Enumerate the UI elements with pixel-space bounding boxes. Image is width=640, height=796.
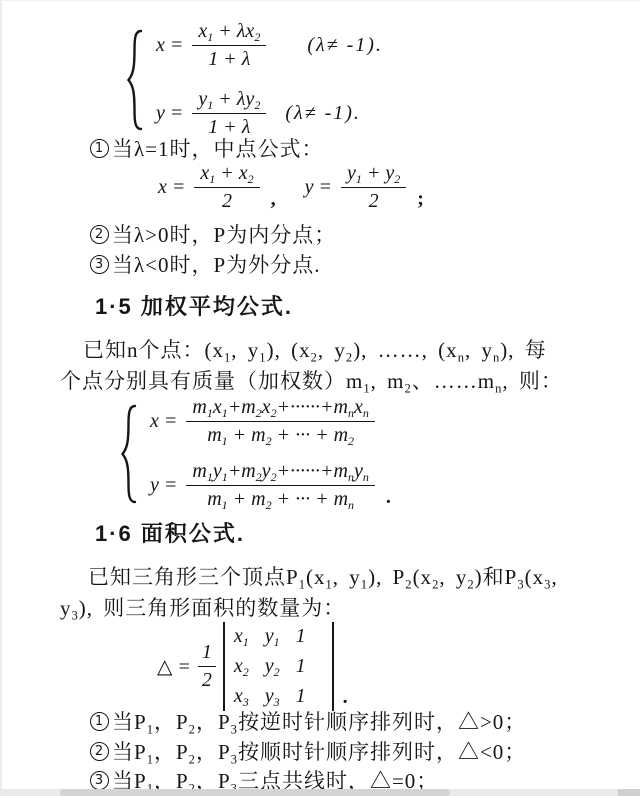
equation-y-row: y = y1 + λy2 1 + λ (λ≠ -1). xyxy=(156,88,383,139)
det-cell: x2 xyxy=(234,655,249,678)
equation-x-row: x = x1 + λx2 1 + λ (λ≠ -1). xyxy=(156,20,383,71)
circled-number-icon: 2 xyxy=(90,742,109,761)
y-fraction-numerator: y1 + λy2 xyxy=(192,88,266,114)
x-fraction: x1 + λx2 1 + λ xyxy=(192,20,266,71)
weighted-x-fraction: m1x1+m2x2+······+mnxn m1 + m2 + ··· + m2 xyxy=(186,396,375,447)
midpoint-y-lhs: y = xyxy=(305,176,332,199)
fraction-numerator: x1 + x2 xyxy=(194,162,259,188)
det-cell: y2 xyxy=(265,655,280,678)
fraction-numerator: y1 + y2 xyxy=(341,162,406,188)
midpoint-y-fraction: y1 + y2 2 xyxy=(341,162,406,213)
weighted-y-row: y = m1y1+m2y2+······+mnyn m1 + m2 + ··· … xyxy=(150,460,391,511)
page-top-edge xyxy=(0,0,640,1)
fraction-numerator: m1x1+m2x2+······+mnxn xyxy=(186,396,375,422)
sec15-paragraph-line2: 个点分别具有质量（加权数）m1, m2、……mn, 则： xyxy=(60,365,563,395)
sec15-paragraph-line1: 已知n个点：(x1, y1), (x2, y2), ……, (xn, yn), … xyxy=(83,334,547,364)
one-half-fraction: 1 2 xyxy=(198,641,216,692)
section-heading-1-5: 1·5 加权平均公式. xyxy=(95,290,293,321)
y-lhs: y = xyxy=(156,102,183,125)
section-heading-1-6: 1·6 面积公式. xyxy=(95,517,245,548)
midpoint-x-fraction: x1 + x2 2 xyxy=(194,162,259,213)
midpoint-formula-line: x = x1 + x2 2 , y = y1 + y2 2 ; xyxy=(158,162,424,213)
det-cell: y3 xyxy=(265,685,280,708)
remark-text: 当λ>0时，P为内分点； xyxy=(112,219,336,249)
circled-number-icon: 3 xyxy=(90,255,109,274)
remark-lambda-negative: 3 当λ<0时，P为外分点. xyxy=(90,249,320,279)
comma: , xyxy=(271,188,276,211)
circled-number-icon: 1 xyxy=(90,139,109,158)
area-determinant-formula: △ = 1 2 x1 y1 1 x2 y2 1 x3 y3 1 . xyxy=(157,622,348,711)
x-fraction-numerator: x1 + λx2 xyxy=(192,20,266,46)
remark-text: 当λ=1时，中点公式： xyxy=(112,133,324,163)
horizontal-scrollbar-thumb[interactable] xyxy=(60,789,450,796)
y-lhs: y = xyxy=(150,474,177,497)
circled-number-icon: 3 xyxy=(90,771,109,790)
remark-lambda-positive: 2 当λ>0时，P为内分点； xyxy=(90,219,336,249)
fraction-denominator: 2 xyxy=(198,667,216,692)
fraction-denominator: 2 xyxy=(216,188,238,213)
sec16-paragraph-line2: y3), 则三角形面积的数量为： xyxy=(60,592,345,622)
remark-text: 当P1，P2，P3按顺时针顺序排列时，△<0； xyxy=(112,736,526,766)
remark-lambda-equals-1: 1 当λ=1时，中点公式： xyxy=(90,133,324,163)
determinant: x1 y1 1 x2 y2 1 x3 y3 1 xyxy=(223,622,334,711)
x-lhs: x = xyxy=(150,410,177,433)
det-cell: 1 xyxy=(296,625,306,648)
det-cell: y1 xyxy=(265,625,280,648)
midpoint-x-lhs: x = xyxy=(158,176,185,199)
weighted-average-equation-system: x = m1x1+m2x2+······+mnxn m1 + m2 + ··· … xyxy=(120,396,391,511)
lambda-condition: (λ≠ -1). xyxy=(307,34,383,57)
left-brace-icon xyxy=(126,29,144,131)
fraction-numerator: m1y1+m2y2+······+mnyn xyxy=(186,460,375,486)
remark-counterclockwise: 1 当P1，P2，P3按逆时针顺序排列时，△>0； xyxy=(90,706,526,736)
triangle-lhs: △ = xyxy=(157,654,191,679)
left-brace-icon xyxy=(120,404,138,504)
scrollbar-corner xyxy=(618,789,640,796)
equation-column: x = m1x1+m2x2+······+mnxn m1 + m2 + ··· … xyxy=(150,396,391,511)
fraction-denominator: 2 xyxy=(363,188,385,213)
equation-column: x = x1 + λx2 1 + λ (λ≠ -1). y = y1 + λy2… xyxy=(156,20,383,139)
ratio-point-equation-system: x = x1 + λx2 1 + λ (λ≠ -1). y = y1 + λy2… xyxy=(126,20,383,139)
remark-text: 当λ<0时，P为外分点. xyxy=(112,249,320,279)
fraction-denominator: m1 + m2 + ··· + mn xyxy=(201,486,360,511)
x-fraction-denominator: 1 + λ xyxy=(202,46,256,71)
det-cell: x3 xyxy=(234,685,249,708)
x-lhs: x = xyxy=(156,34,183,57)
y-fraction: y1 + λy2 1 + λ xyxy=(192,88,266,139)
page-left-edge xyxy=(0,0,2,796)
sec16-paragraph-line1: 已知三角形三个顶点P1(x1, y1), P2(x2, y2)和P3(x3, xyxy=(88,561,558,591)
fraction-denominator: m1 + m2 + ··· + m2 xyxy=(201,422,360,447)
det-cell: x1 xyxy=(234,625,249,648)
fraction-numerator: 1 xyxy=(198,641,216,667)
det-cell: 1 xyxy=(296,685,306,708)
determinant-grid: x1 y1 1 x2 y2 1 x3 y3 1 xyxy=(234,625,306,708)
textbook-page: x = x1 + λx2 1 + λ (λ≠ -1). y = y1 + λy2… xyxy=(0,0,640,796)
circled-number-icon: 1 xyxy=(90,712,109,731)
weighted-x-row: x = m1x1+m2x2+······+mnxn m1 + m2 + ··· … xyxy=(150,396,391,447)
weighted-y-fraction: m1y1+m2y2+······+mnyn m1 + m2 + ··· + mn xyxy=(186,460,375,511)
det-cell: 1 xyxy=(296,655,306,678)
lambda-condition: (λ≠ -1). xyxy=(285,102,361,125)
semicolon: ; xyxy=(417,188,424,211)
remark-text: 当P1，P2，P3按逆时针顺序排列时，△>0； xyxy=(112,706,526,736)
remark-clockwise: 2 当P1，P2，P3按顺时针顺序排列时，△<0； xyxy=(90,736,526,766)
period: . xyxy=(386,486,391,509)
circled-number-icon: 2 xyxy=(90,225,109,244)
